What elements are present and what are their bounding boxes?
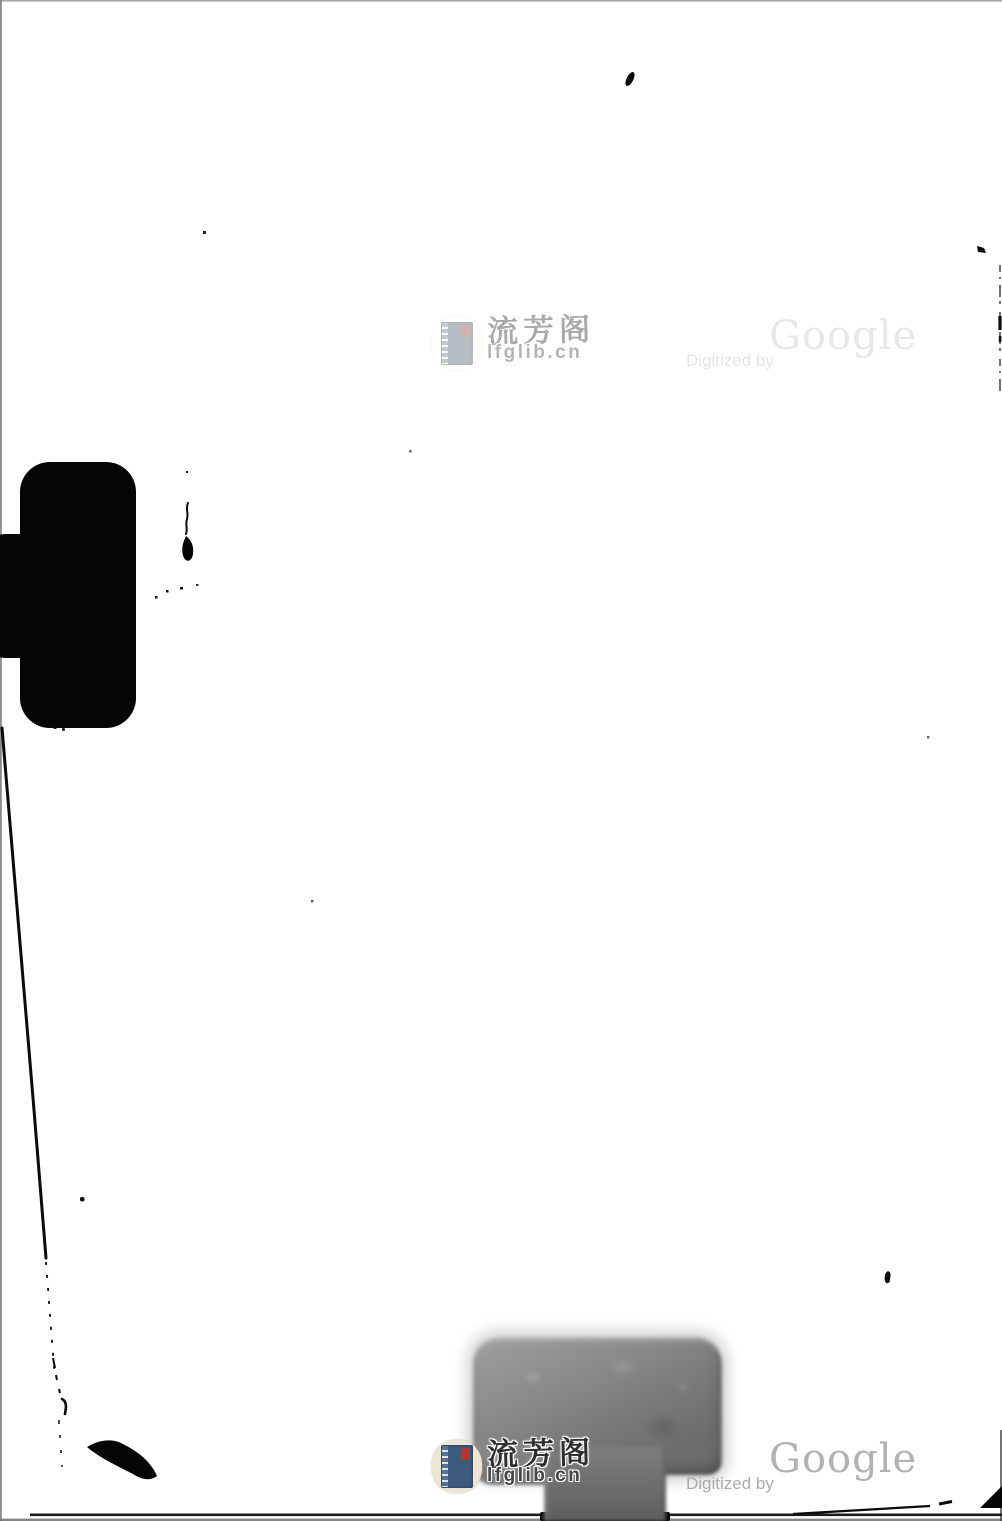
site-domain: lfglib.cn	[487, 1465, 582, 1487]
ink-speck	[203, 231, 206, 234]
ink-dot	[80, 1197, 85, 1202]
google-logo: Google	[769, 313, 917, 359]
top-edge-line	[0, 0, 1002, 2]
google-logo: Google	[769, 1436, 917, 1482]
ink-squiggle	[182, 471, 193, 561]
watermark-row-top: 流芳阁 lfglib.cn Digitized by Google	[432, 313, 902, 383]
book-icon	[441, 1445, 473, 1488]
ink-comma-mark	[624, 71, 637, 88]
seal-stamp-icon	[461, 325, 470, 337]
ink-diagonal-line	[2, 728, 55, 1378]
ink-swoosh-blob	[87, 1440, 157, 1479]
left-edge-line	[0, 0, 2, 1521]
ink-apostrophe-mark	[885, 1271, 891, 1283]
ink-speck	[409, 450, 412, 453]
scanned-blank-page: 流芳阁 lfglib.cn Digitized by Google 流芳阁 lf…	[0, 0, 1002, 1521]
corner-wedge-mark	[980, 1486, 1002, 1508]
ink-speck	[311, 900, 313, 902]
digitized-by-label: Digitized by	[686, 1474, 774, 1494]
right-edge-dash	[998, 316, 1001, 330]
ink-bottom-left-marks	[53, 1358, 157, 1479]
book-icon	[441, 322, 473, 365]
right-edge-dash-small	[999, 336, 1002, 342]
lfglib-logo-icon	[432, 317, 482, 370]
seal-stamp-icon	[461, 1448, 470, 1460]
lfglib-logo-icon	[432, 1440, 482, 1493]
ink-blob-large	[0, 462, 136, 731]
ink-speck-cluster	[155, 584, 199, 599]
ink-tick-mark	[977, 246, 986, 253]
digitized-by-label: Digitized by	[686, 351, 774, 371]
ink-speck	[927, 736, 929, 738]
watermark-row-bottom: 流芳阁 lfglib.cn Digitized by Google	[432, 1436, 902, 1506]
site-domain: lfglib.cn	[487, 342, 582, 364]
book-binding-icon	[442, 1446, 448, 1487]
book-binding-icon	[442, 323, 448, 364]
scan-artifacts-layer	[0, 0, 1002, 1521]
